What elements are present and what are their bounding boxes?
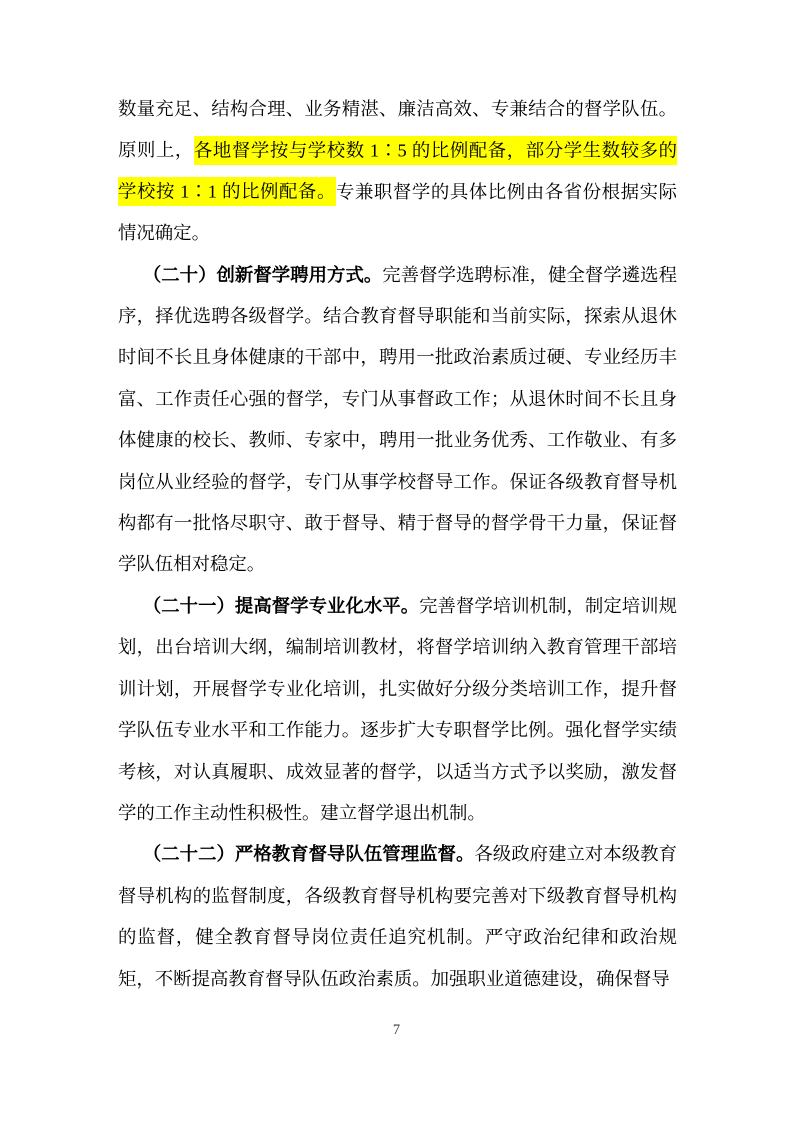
page-number: 7 — [0, 1020, 793, 1040]
para-section-22: （二十二）严格教育督导队伍管理监督。各级政府建立对本级教育督导机构的监督制度，各… — [118, 834, 677, 1000]
section-heading: （二十二）严格教育督导队伍管理监督。 — [143, 844, 475, 864]
section-heading: （二十）创新督学聘用方式。 — [143, 265, 382, 285]
body-text: 完善督学选聘标准，健全督学遴选程序，择优选聘各级督学。结合教育督导职能和当前实际… — [118, 265, 677, 575]
body-text: 各级政府建立对本级教育督导机构的监督制度，各级教育督导机构要完善对下级教育督导机… — [118, 844, 677, 988]
document-page: 数量充足、结构合理、业务精湛、廉洁高效、专兼结合的督学队伍。原则上，各地督学按与… — [0, 0, 793, 1122]
document-body: 数量充足、结构合理、业务精湛、廉洁高效、专兼结合的督学队伍。原则上，各地督学按与… — [118, 89, 677, 1000]
body-text: 完善督学培训机制，制定培训规划，出台培训大纲，编制培训教材，将督学培训纳入教育管… — [118, 596, 677, 823]
para-section-21: （二十一）提高督学专业化水平。完善督学培训机制，制定培训规划，出台培训大纲，编制… — [118, 586, 677, 834]
para-supervisor-ratio: 数量充足、结构合理、业务精湛、廉洁高效、专兼结合的督学队伍。原则上，各地督学按与… — [118, 89, 677, 255]
para-section-20: （二十）创新督学聘用方式。完善督学选聘标准，健全督学遴选程序，择优选聘各级督学。… — [118, 255, 677, 586]
section-heading: （二十一）提高督学专业化水平。 — [143, 596, 419, 616]
